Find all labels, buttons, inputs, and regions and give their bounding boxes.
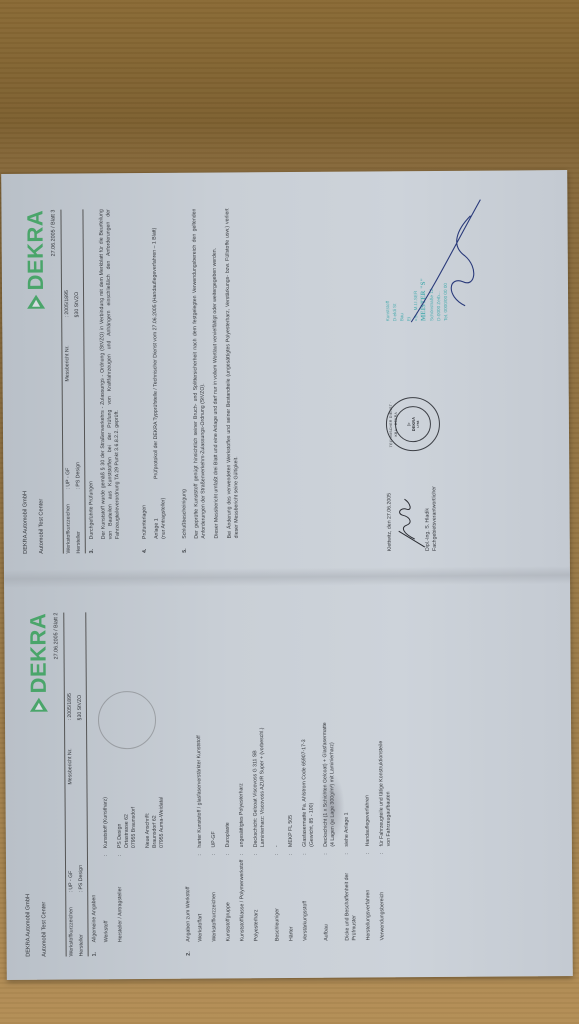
- field-label: Werkstoffkurzzeichen: [211, 855, 219, 941]
- section-paragraph: Der geprüfte Kunststoff genügt hinsichtl…: [192, 209, 208, 539]
- meta-label-bericht: Messbericht Nr.: [67, 724, 74, 784]
- section-title: Prüfunterlagen: [140, 209, 149, 539]
- field-separator: :: [239, 847, 246, 855]
- field-label: Polyesterharz: [253, 855, 268, 941]
- field-separator: :: [302, 847, 316, 855]
- field-row: Hersteller / Antragsteller:PS Design Ort…: [115, 612, 138, 942]
- field-row: Verwendungsbereich:für Fahrzeugteile und…: [378, 610, 394, 940]
- meta-value-norm: §30 StVZO: [77, 695, 84, 721]
- section-5: 5. Schlußbescheinigung Der geprüfte Kuns…: [180, 208, 247, 552]
- signature-2-icon: [404, 196, 485, 327]
- field-value: ungesättigtes Polyesterharz: [237, 611, 246, 847]
- section-title: Durchgeführte Prüfungen: [86, 209, 95, 539]
- section-3: 3. Durchgeführte Prüfungen Der Kunststof…: [86, 209, 127, 553]
- section-number: 4.: [142, 539, 168, 553]
- report-meta: Werkstoffkurzzeichen: UP - GF Messberich…: [63, 612, 88, 956]
- field-label: Kunststoffklasse / Polymerwerkstoff: [239, 855, 247, 941]
- section-paragraph: Dieser Messbericht umfaßt drei Blatt und…: [212, 208, 221, 538]
- meta-value-werkstoff: : UP - GF: [65, 468, 72, 490]
- field-separator: :: [323, 847, 337, 855]
- faint-round-stamp: [98, 691, 156, 749]
- section-title: Allgemeine Angaben: [89, 612, 98, 942]
- field-value: Handauflegeverfahren: [364, 610, 373, 846]
- attachment-label: Anlage 1 (nur Antragsteller): [153, 479, 167, 539]
- signatory-title: Fachgebietsverantwortlicher: [431, 486, 438, 551]
- dekra-logo: DEKRA: [23, 613, 53, 712]
- field-label: Werkstoffart: [197, 856, 205, 942]
- section-title: Schlußbescheinigung: [180, 209, 189, 539]
- dekra-logo: DEKRA: [20, 210, 50, 309]
- meta-label-werkstoff: Werkstoffkurzzeichen: [68, 896, 75, 956]
- meta-value-hersteller: : PS Design: [78, 865, 85, 892]
- field-value: MEKP FL 505: [287, 611, 296, 847]
- meta-value-bericht: : 2005/1895: [64, 290, 71, 317]
- field-row: Beschleuniger:-: [272, 611, 281, 941]
- rotated-content-blatt-2: DEKRA Automobil GmbH Automobil Test Cent…: [17, 601, 560, 965]
- meta-label-werkstoff: Werkstoffkurzzeichen: [65, 493, 72, 553]
- field-value: für Fahrzeugteile und tätige Konstruktio…: [378, 610, 394, 846]
- page-body: 1. Allgemeine Angaben Werkstoff:Kunststo…: [89, 610, 413, 956]
- meta-label-bericht: Messbericht Nr.: [64, 322, 71, 382]
- field-row: Werkstoff:Kunststoff (Kunstharz): [101, 612, 110, 942]
- section-paragraph: Bei Änderung des verwendeten Werkstoffes…: [225, 208, 241, 538]
- meta-value-norm: §30 StVZO: [74, 292, 81, 318]
- field-label: Härter: [288, 855, 296, 941]
- field-separator: :: [117, 848, 138, 856]
- field-separator: :: [379, 846, 393, 854]
- field-separator: :: [365, 846, 372, 854]
- logo-text: DEKRA: [23, 613, 53, 694]
- field-separator: :: [197, 848, 204, 856]
- attachment-text: Prüfprotokoll der DEKRA Typprüfstelle / …: [152, 209, 168, 479]
- field-value: Deckschicht: Gelcoat Viscovoss G 311 SB …: [251, 611, 267, 847]
- field-value: Duroplaste: [223, 611, 232, 847]
- field-separator: :: [225, 847, 232, 855]
- field-value: harter Kunststoff / glasfaserverstärkter…: [195, 612, 204, 848]
- section-title: Angaben zum Werkstoff: [183, 612, 192, 942]
- page-blatt-2: DEKRA Automobil GmbH Automobil Test Cent…: [4, 574, 573, 980]
- rotated-content-blatt-3: DEKRA Automobil GmbH Automobil Test Cent…: [14, 198, 557, 562]
- section-4: 4. Prüfunterlagen Anlage 1 (nur Antragst…: [140, 209, 168, 553]
- section-number: 3.: [89, 539, 128, 553]
- field-label: Dicke und Beschaffenheit der Prüfmuster: [344, 855, 359, 941]
- technical-service-seal: TECHNISCHER DIENST · KBA · DEKRA ▷ DEKRA…: [386, 397, 440, 451]
- field-row: Herstellungsverfahren:Handauflegeverfahr…: [364, 610, 373, 940]
- page-header: DEKRA Automobil GmbH Automobil Test Cent…: [20, 210, 45, 554]
- field-value: UP-GF: [209, 611, 218, 847]
- meta-label-hersteller: Hersteller: [75, 493, 82, 553]
- meta-value-hersteller: : PS Design: [75, 462, 82, 489]
- field-row: Härter:MEKP FL 505: [287, 611, 296, 941]
- field-row: Kunststoffgruppe:Duroplaste: [223, 611, 232, 941]
- meta-label-hersteller: Hersteller: [78, 896, 85, 956]
- field-label: Kunststoffgruppe: [225, 855, 233, 941]
- field-label: Herstellungsverfahren: [365, 854, 373, 940]
- field-label: Verwendungsbereich: [379, 854, 394, 940]
- section-1: 1. Allgemeine Angaben Werkstoff:Kunststo…: [89, 612, 174, 957]
- page-date-number: 27.06.2005 / Blatt 2: [53, 613, 61, 660]
- section-2: 2. Angaben zum Werkstoff Werkstoffart:ha…: [183, 610, 401, 955]
- field-label: [145, 856, 167, 942]
- page-header: DEKRA Automobil GmbH Automobil Test Cent…: [23, 613, 48, 957]
- field-separator: :: [344, 847, 358, 855]
- field-label: Verstärkungsstoff: [302, 855, 317, 941]
- seal-code: LTS6: [416, 421, 420, 428]
- section-paragraph: Der Kunststoff wurde gemäß § 30 der Stra…: [98, 209, 121, 539]
- field-label: Beschleuniger: [274, 855, 282, 941]
- field-row: Werkstoffart:harter Kunststoff / glasfas…: [195, 612, 204, 942]
- section-number: 1.: [92, 942, 174, 957]
- page-body: 3. Durchgeführte Prüfungen Der Kunststof…: [86, 208, 259, 553]
- signature-icon: [392, 481, 426, 551]
- field-row: Polyesterharz:Deckschicht: Gelcoat Visco…: [251, 611, 267, 941]
- report-meta: Werkstoffkurzzeichen: UP - GF Messberich…: [60, 209, 85, 553]
- page-date-number: 27.06.2005 / Blatt 3: [50, 210, 58, 257]
- field-label: Aufbau: [323, 855, 338, 941]
- field-separator: :: [211, 847, 218, 855]
- report-sheet: DEKRA Automobil GmbH Automobil Test Cent…: [1, 170, 573, 980]
- field-row: Verstärkungsstoff:Glasfasermatte Fa. Ahl…: [301, 611, 317, 941]
- field-value: siehe Anlage 1: [343, 611, 359, 847]
- field-value: -: [272, 611, 281, 847]
- field-separator: :: [274, 847, 281, 855]
- field-row: Dicke und Beschaffenheit der Prüfmuster:…: [343, 611, 359, 941]
- ink-smudge: [318, 773, 344, 843]
- meta-value-werkstoff: : UP - GF: [68, 871, 75, 893]
- meta-value-bericht: : 2005/1895: [67, 693, 74, 720]
- section-number: 5.: [182, 538, 247, 552]
- signature-block: Klettwitz, den 27.06.2005 Dipl.-Ing. S. …: [384, 210, 546, 551]
- logo-text: DEKRA: [20, 210, 50, 291]
- field-separator: :: [103, 848, 110, 856]
- section-number: 2.: [186, 940, 401, 956]
- field-row: Werkstoffkurzzeichen:UP-GF: [209, 611, 218, 941]
- field-separator: [145, 848, 166, 856]
- field-label: Hersteller / Antragsteller: [117, 856, 139, 942]
- field-row: Neue Anschrift: Braunsdorf 62 07955 Auma…: [143, 612, 166, 942]
- page-blatt-3: DEKRA Automobil GmbH Automobil Test Cent…: [1, 170, 570, 574]
- seal-ring-text: TECHNISCHER DIENST · KBA · DEKRA: [389, 398, 399, 450]
- dekra-logo-icon: [27, 294, 45, 308]
- field-separator: :: [253, 847, 267, 855]
- field-value: Glasfasermatte Fa. Ahlstrom Code 65907-1…: [301, 611, 317, 847]
- field-row: Kunststoffklasse / Polymerwerkstoff:unge…: [237, 611, 246, 941]
- dekra-logo-icon: [30, 697, 48, 711]
- field-label: Werkstoff: [103, 856, 111, 942]
- field-separator: :: [288, 847, 295, 855]
